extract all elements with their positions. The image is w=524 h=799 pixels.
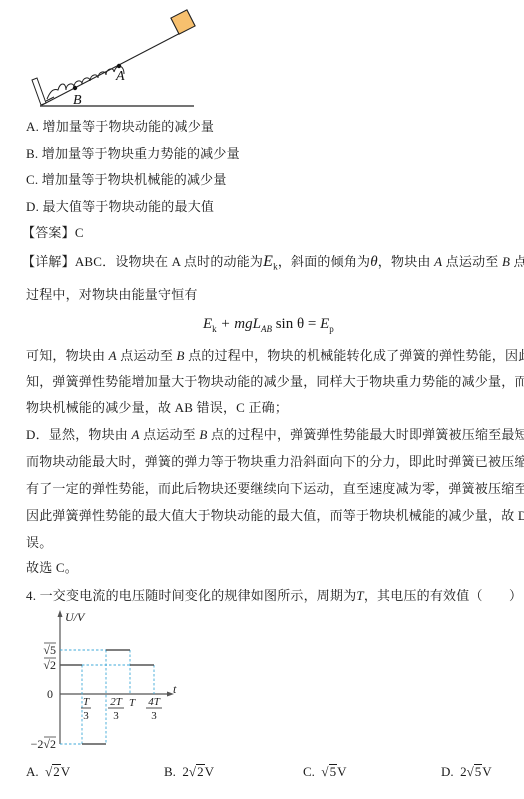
- radicand: 5: [474, 764, 483, 778]
- conclusion: 故选 C。: [26, 560, 78, 576]
- text: ，物块由: [378, 254, 431, 269]
- svg-text:T: T: [83, 696, 90, 708]
- q4-option-a: A. √2V: [26, 764, 70, 780]
- q4-option-d: D. 2√5V: [441, 764, 492, 780]
- symbol-b: B: [199, 427, 207, 442]
- incline-line: [42, 28, 190, 105]
- incline-spring-figure: A B: [0, 0, 262, 110]
- y-tick-sqrt2: √2: [43, 658, 56, 672]
- symbol-b: B: [502, 254, 510, 269]
- subscript: p: [329, 324, 334, 334]
- option-text: 增加量等于物块机械能的减少量: [42, 172, 227, 187]
- text: ，斜面的倾角为: [278, 254, 370, 269]
- x-tick-labels: T3 2T3 T 4T3: [81, 696, 162, 722]
- svg-text:3: 3: [83, 710, 89, 722]
- symbol-a: A: [109, 348, 117, 363]
- y-tick-sqrt5: √5: [43, 643, 56, 657]
- text: 可知，物块由: [26, 348, 105, 363]
- subscript: AB: [261, 324, 272, 334]
- svg-text:3: 3: [113, 710, 119, 722]
- option-letter: D.: [26, 199, 39, 214]
- svg-text:T: T: [129, 697, 136, 709]
- detail-line-8: 有了一定的弹性势能，而此后物块还要继续向下运动，直至速度减为零，弹簧被压缩至最短…: [26, 481, 524, 497]
- detail-line-9: 因此弹簧弹性势能的最大值大于物块动能的最大值，而等于物块机械能的减少量，故 D …: [26, 508, 524, 524]
- text: 点运动至: [143, 427, 196, 442]
- question4-stem: 4. 一交变电流的电压随时间变化的规律如图所示，周期为T，其电压的有效值（ ）: [26, 588, 522, 604]
- y-axis-label: U/V: [65, 610, 86, 624]
- symbol-a: A: [434, 254, 442, 269]
- answer-label: 【答案】: [22, 225, 75, 240]
- svg-text:3: 3: [151, 710, 157, 722]
- symbol-theta: θ: [370, 254, 378, 270]
- coef: 2: [460, 764, 467, 779]
- formula-sin: sin θ =: [272, 316, 320, 332]
- answer-value: C: [75, 225, 84, 240]
- text: 点的: [514, 254, 524, 269]
- q4-option-c: C. √5V: [303, 764, 346, 780]
- detail-line-6: D．显然，物块由 A 点运动至 B 点的过程中，弹簧弹性势能最大时即弹簧被压缩至…: [26, 427, 524, 443]
- point-b-dot: [73, 86, 77, 90]
- option-text: 增加量等于物块动能的减少量: [43, 119, 215, 134]
- energy-formula: Ek + mgLAB sin θ = Ep: [203, 316, 334, 334]
- unit: V: [482, 764, 491, 779]
- formula-mgl: + mgL: [217, 316, 261, 332]
- option-letter: A.: [26, 119, 39, 134]
- unit: V: [61, 764, 70, 779]
- option-letter: C.: [303, 764, 315, 779]
- detail-line-4: 知，弹簧弹性势能增加量大于物块动能的减少量，同样大于物块重力势能的减少量，而等于: [26, 374, 524, 390]
- question-number: 4.: [26, 588, 36, 603]
- option-d: D. 最大值等于物块动能的最大值: [26, 199, 214, 215]
- option-letter: D.: [441, 764, 454, 779]
- voltage-segments: [60, 650, 154, 744]
- block-icon: [171, 10, 195, 34]
- detail-line-3: 可知，物块由 A 点运动至 B 点的过程中，物块的机械能转化成了弹簧的弹性势能，…: [26, 348, 524, 364]
- detail-label: 【详解】: [22, 254, 75, 269]
- option-text: 增加量等于物块重力势能的减少量: [42, 146, 240, 161]
- unit: V: [205, 764, 214, 779]
- detail-line-2: 过程中，对物块由能量守恒有: [26, 287, 198, 303]
- radicand: 5: [329, 764, 338, 778]
- option-a: A. 增加量等于物块动能的减少量: [26, 119, 214, 135]
- option-c: C. 增加量等于物块机械能的减少量: [26, 172, 227, 188]
- option-letter: C.: [26, 172, 38, 187]
- text: ABC．设物块在 A 点时的动能为: [75, 254, 263, 269]
- svg-text:2T: 2T: [110, 696, 123, 708]
- symbol-b: B: [177, 348, 185, 363]
- x-axis-label: t: [173, 682, 177, 696]
- radicand: 2: [52, 764, 61, 778]
- voltage-time-chart: U/V t √5 √2 0 −2√2 T3 2T3 T 4T3: [20, 608, 190, 750]
- point-a-label: A: [115, 69, 125, 84]
- symbol-t: T: [356, 588, 363, 603]
- unit: V: [337, 764, 346, 779]
- svg-text:4T: 4T: [148, 696, 161, 708]
- symbol-a: A: [131, 427, 139, 442]
- detail-line-7: 而物块动能最大时，弹簧的弹力等于物块重力沿斜面向下的分力，即此时弹簧已被压缩，具: [26, 454, 524, 470]
- text: 一交变电流的电压随时间变化的规律如图所示，周期为: [40, 588, 357, 603]
- guide-lines: [60, 650, 154, 744]
- coef: 2: [182, 764, 189, 779]
- detail-line-10: 误。: [26, 535, 52, 551]
- point-a-dot: [117, 64, 121, 68]
- text: 点运动至: [446, 254, 499, 269]
- option-letter: B.: [164, 764, 176, 779]
- point-b-label: B: [73, 93, 82, 108]
- formula-ek: E: [203, 316, 212, 332]
- text: ，其电压的有效值（ ）: [364, 588, 522, 603]
- y-axis-arrow-icon: [58, 610, 63, 617]
- detail-line-1: 【详解】ABC．设物块在 A 点时的动能为Ek，斜面的倾角为θ，物块由 A 点运…: [22, 254, 524, 275]
- symbol-ek: E: [263, 253, 273, 270]
- y-tick-neg-2sqrt2: −2√2: [31, 737, 56, 750]
- formula-ep: E: [320, 316, 329, 332]
- option-letter: B.: [26, 146, 38, 161]
- text: 点的过程中，弹簧弹性势能最大时即弹簧被压缩至最短时，: [211, 427, 524, 442]
- detail-line-5: 物块机械能的减少量，故 AB 错误，C 正确；: [26, 400, 288, 416]
- text: D．显然，物块由: [26, 427, 128, 442]
- answer-line: 【答案】C: [22, 225, 84, 241]
- y-tick-zero: 0: [47, 687, 53, 701]
- q4-option-b: B. 2√2V: [164, 764, 214, 780]
- radicand: 2: [196, 764, 205, 778]
- option-text: 最大值等于物块动能的最大值: [43, 199, 215, 214]
- option-b: B. 增加量等于物块重力势能的减少量: [26, 146, 240, 162]
- option-letter: A.: [26, 764, 39, 779]
- text: 点的过程中，物块的机械能转化成了弹簧的弹性势能，因此可: [188, 348, 524, 363]
- text: 点运动至: [120, 348, 173, 363]
